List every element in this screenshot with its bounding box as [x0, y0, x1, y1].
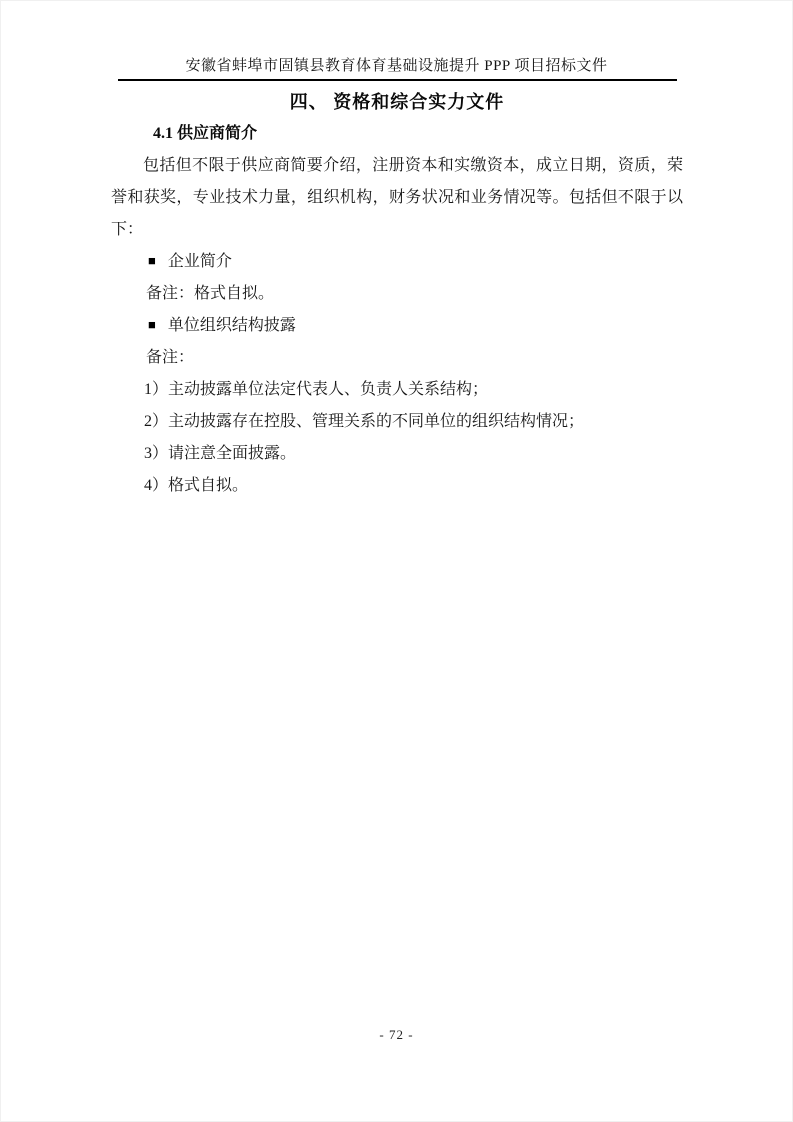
intro-paragraph: 包括但不限于供应商简要介绍，注册资本和实缴资本，成立日期，资质，荣誉和获奖，专业…	[111, 150, 683, 246]
section-heading: 4.1 供应商简介	[111, 118, 683, 150]
header-rule	[118, 79, 677, 81]
page-number: - 72 -	[1, 1025, 792, 1045]
bullet-square-icon: ■	[148, 309, 156, 341]
numbered-item: 2）主动披露存在控股、管理关系的不同单位的组织结构情况；	[111, 406, 683, 438]
note-line: 备注：	[111, 342, 683, 374]
numbered-item: 1）主动披露单位法定代表人、负责人关系结构；	[111, 374, 683, 406]
document-page: 安徽省蚌埠市固镇县教育体育基础设施提升 PPP 项目招标文件 四、 资格和综合实…	[0, 0, 793, 1122]
list-item: ■单位组织结构披露	[111, 310, 683, 342]
numbered-item: 3）请注意全面披露。	[111, 438, 683, 470]
chapter-title: 四、 资格和综合实力文件	[111, 86, 683, 118]
numbered-item: 4）格式自拟。	[111, 470, 683, 502]
page-content: 四、 资格和综合实力文件 4.1 供应商简介 包括但不限于供应商简要介绍，注册资…	[111, 86, 683, 502]
list-item-label: 单位组织结构披露	[168, 317, 296, 334]
note-line: 备注：格式自拟。	[111, 278, 683, 310]
bullet-square-icon: ■	[148, 245, 156, 277]
list-item-label: 企业简介	[168, 253, 232, 270]
header-doc-title: 安徽省蚌埠市固镇县教育体育基础设施提升 PPP 项目招标文件	[1, 55, 792, 77]
list-item: ■企业简介	[111, 246, 683, 278]
